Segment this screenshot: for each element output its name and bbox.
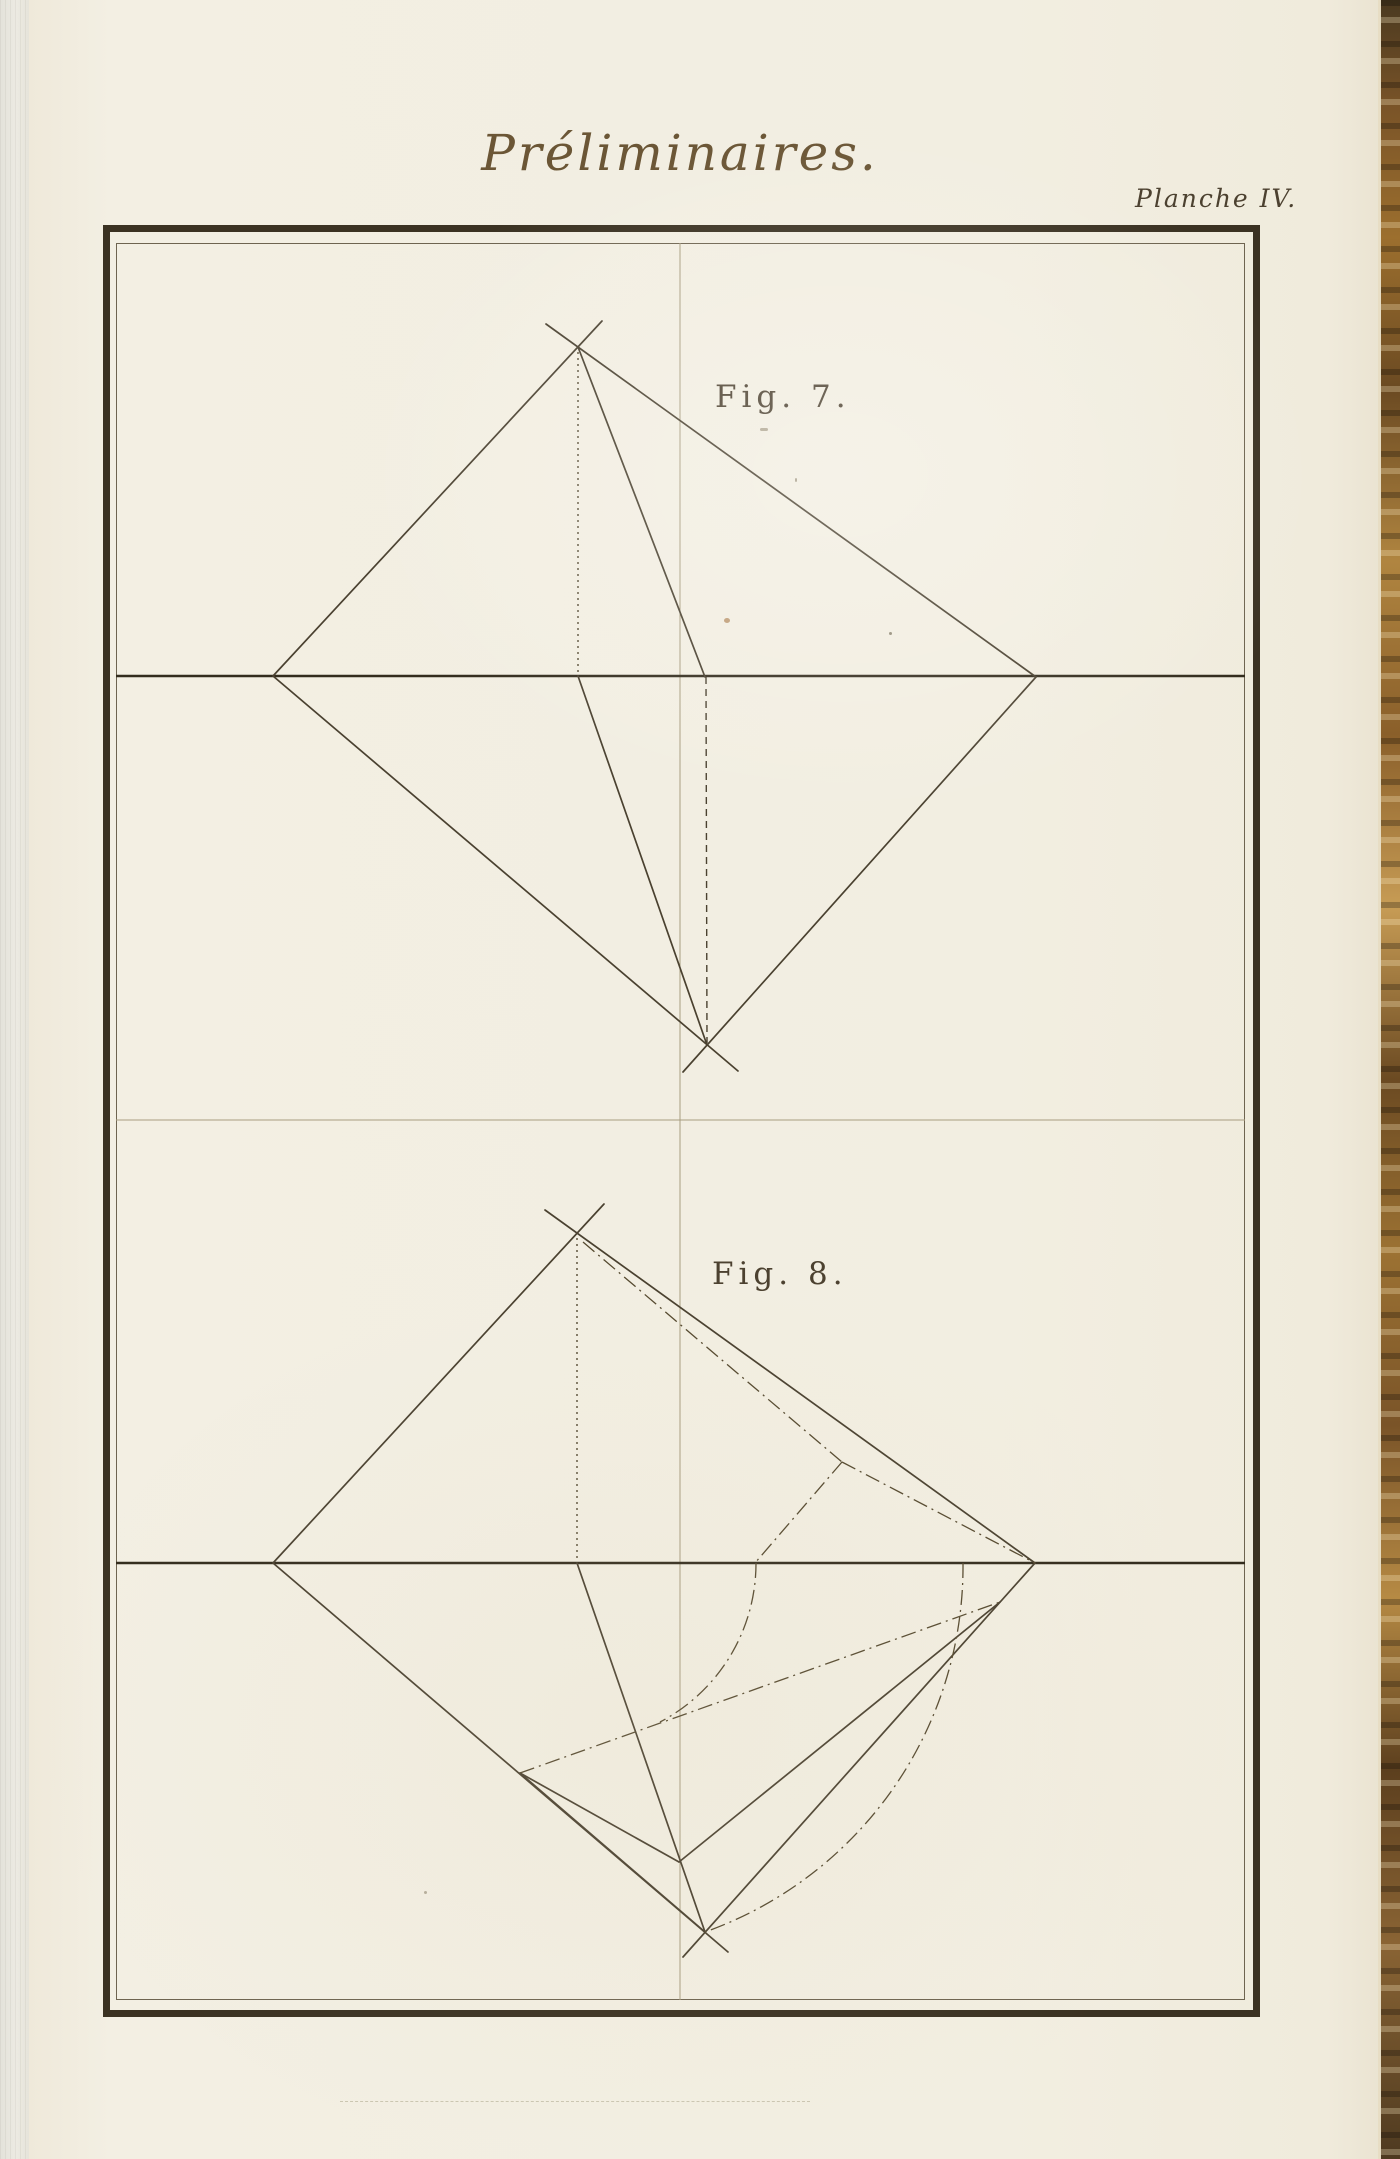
- fig7-edge-line: [546, 324, 1036, 677]
- paper-mark: [760, 428, 768, 431]
- paper-speck: [795, 478, 797, 482]
- book-edge-marbled: [1378, 0, 1400, 2159]
- fig8-edge-line: [679, 1602, 1000, 1862]
- fig8-dashdot-construction: [520, 1602, 1000, 1773]
- fig8-dashdot-construction: [755, 1462, 842, 1563]
- fig8-dashdot-arc: [660, 1563, 756, 1722]
- fig8-label: Fig. 8.: [712, 1256, 848, 1292]
- book-scan: Préliminaires. Planche IV. Fig. 7. Fig. …: [0, 0, 1400, 2159]
- paper-stain: [724, 618, 730, 623]
- geometry-drawing: [0, 0, 1400, 2159]
- fig7-label: Fig. 7.: [715, 379, 851, 415]
- fig8-dashdot-construction: [842, 1462, 1035, 1563]
- fig7-edge-line: [578, 347, 705, 677]
- fig7-edge-line: [273, 321, 602, 676]
- paper-speck: [889, 632, 892, 635]
- fig7-edge-line: [273, 676, 738, 1071]
- page-impression-line: [340, 2101, 810, 2102]
- fig8-edge-line: [683, 1563, 1035, 1957]
- paper-speck: [424, 1891, 427, 1894]
- fig8-edge-line: [273, 1204, 604, 1563]
- fig8-dashdot-arc: [705, 1563, 963, 1932]
- plate-page: Préliminaires. Planche IV. Fig. 7. Fig. …: [29, 0, 1381, 2159]
- fig7-edge-line: [683, 677, 1036, 1072]
- fig7-dashed-projection: [706, 677, 707, 1043]
